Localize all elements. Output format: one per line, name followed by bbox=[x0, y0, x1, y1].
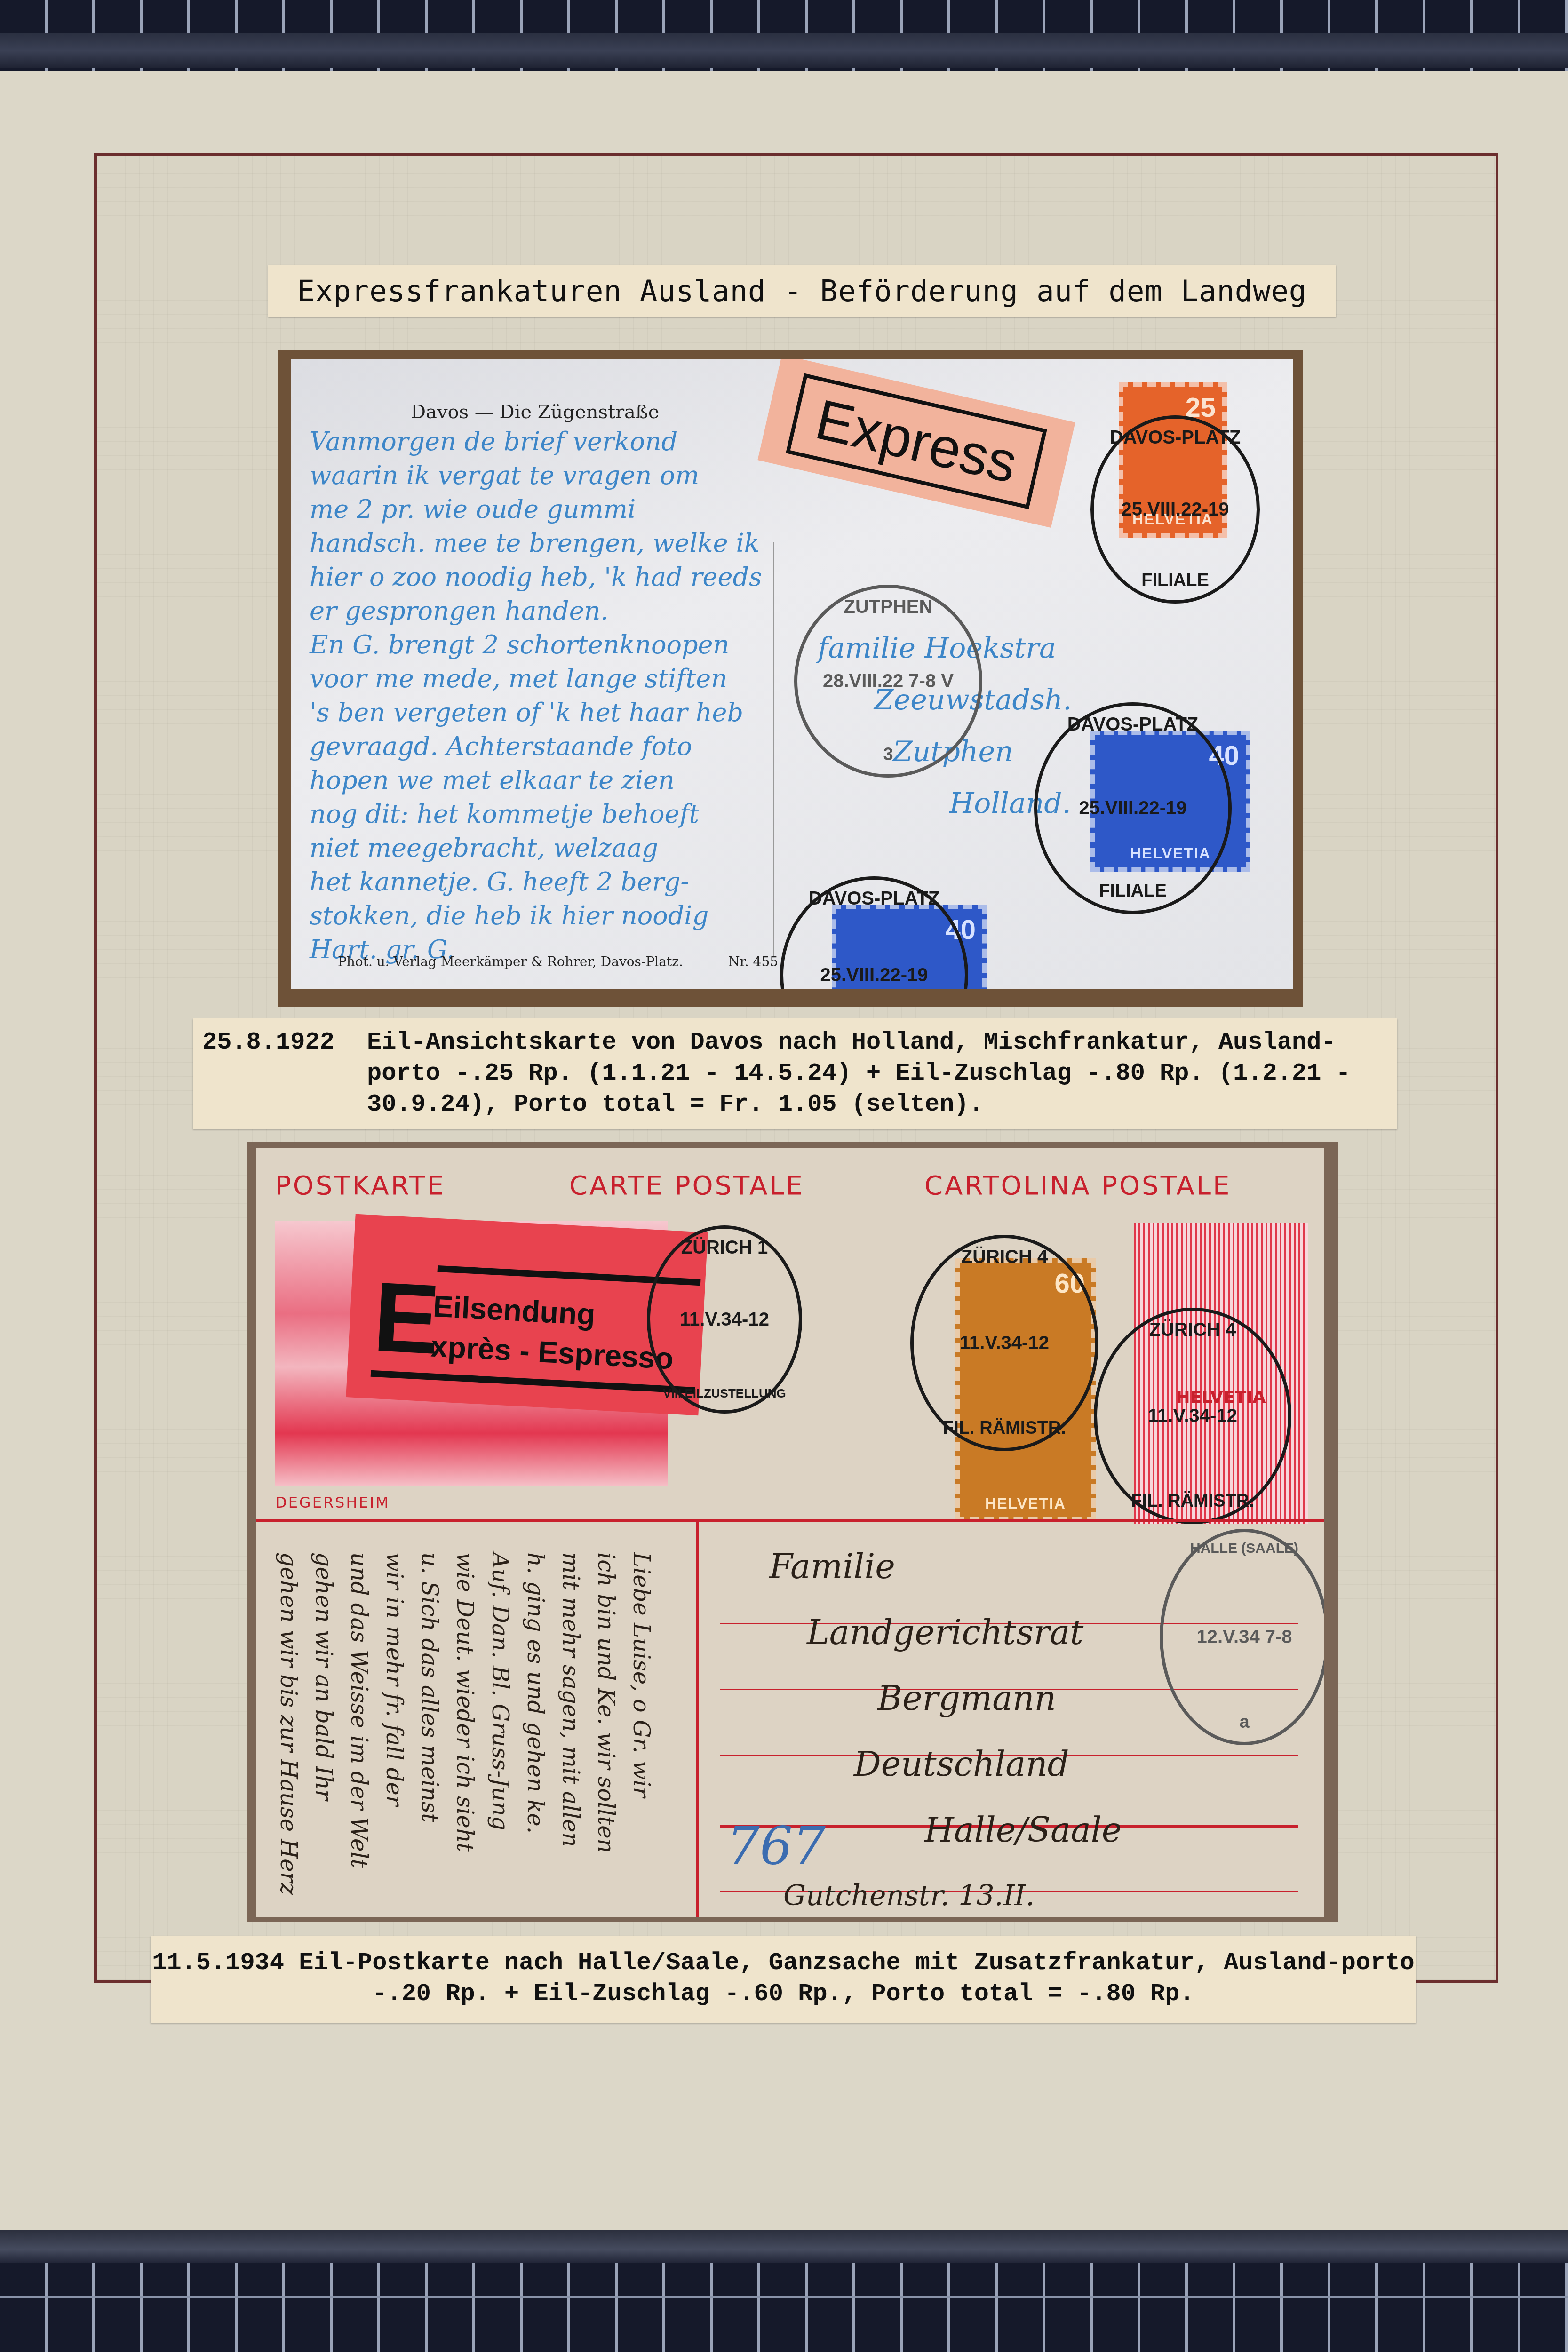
caption-exhibit-2: 11.5.1934 Eil-Postkarte nach Halle/Saale… bbox=[151, 1936, 1416, 2023]
pencil-number: 767 bbox=[727, 1816, 826, 1876]
postcard-2[interactable]: POSTKARTE CARTE POSTALE CARTOLINA POSTAL… bbox=[256, 1148, 1324, 1917]
card-publisher: Phot. u. Verlag Meerkämper & Rohrer, Dav… bbox=[338, 954, 683, 969]
caption-text: 11.5.1934 Eil-Postkarte nach Halle/Saale… bbox=[152, 1949, 1415, 2008]
binder-rail bbox=[0, 33, 1568, 68]
express-label: Express bbox=[757, 359, 1075, 528]
postmark-zurich-1: ZÜRICH 1 11.V.34-12 VIII EILZUSTELLUNG bbox=[647, 1225, 802, 1414]
card-header-de: POSTKARTE bbox=[275, 1170, 446, 1201]
card-red-rule bbox=[256, 1519, 1324, 1522]
postcard-1[interactable]: Davos — Die Zügenstraße Vanmorgen de bri… bbox=[291, 359, 1293, 989]
postmark-davos-3: DAVOS-PLATZ 25.VIII.22-19 FILIALE bbox=[780, 876, 968, 989]
album-binder-top bbox=[0, 0, 1568, 75]
card-header-it: CARTOLINA POSTALE bbox=[924, 1170, 1231, 1201]
postmark-zurich-4-b: ZÜRICH 4 11.V.34-12 FIL. RÄMISTR. bbox=[1094, 1308, 1291, 1524]
card-divider bbox=[773, 542, 774, 956]
album-binder-bottom bbox=[0, 2230, 1568, 2352]
card-number: Nr. 455 bbox=[728, 954, 778, 969]
caption-exhibit-1: 25.8.1922 Eil-Ansichtskarte von Davos na… bbox=[193, 1018, 1397, 1129]
card-picture-caption: DEGERSHEIM bbox=[275, 1494, 390, 1511]
card-header-fr: CARTE POSTALE bbox=[569, 1170, 804, 1201]
handwritten-message: Vanmorgen de brief verkond waarin ik ver… bbox=[310, 425, 780, 967]
card-printed-caption: Davos — Die Zügenstraße bbox=[411, 401, 659, 423]
page-title: Expressfrankaturen Ausland - Beförderung… bbox=[268, 265, 1336, 317]
postmark-halle: HALLE (SAALE) 12.V.34 7-8 a bbox=[1160, 1529, 1324, 1745]
postmark-davos-2: DAVOS-PLATZ 25.VIII.22-19 FILIALE bbox=[1034, 702, 1232, 914]
caption-date: 25.8.1922 bbox=[202, 1027, 334, 1058]
postmark-zurich-4-a: ZÜRICH 4 11.V.34-12 FIL. RÄMISTR. bbox=[910, 1235, 1098, 1451]
postmark-davos-1: DAVOS-PLATZ 25.VIII.22-19 FILIALE bbox=[1090, 415, 1260, 604]
postmark-zutphen: ZUTPHEN 28.VIII.22 7-8 V 3 bbox=[794, 585, 982, 778]
express-label-text: Express bbox=[786, 373, 1047, 509]
card-red-divider bbox=[696, 1519, 699, 1917]
binder-rail bbox=[0, 2230, 1568, 2263]
caption-text: Eil-Ansichtskarte von Davos nach Holland… bbox=[367, 1027, 1388, 1120]
